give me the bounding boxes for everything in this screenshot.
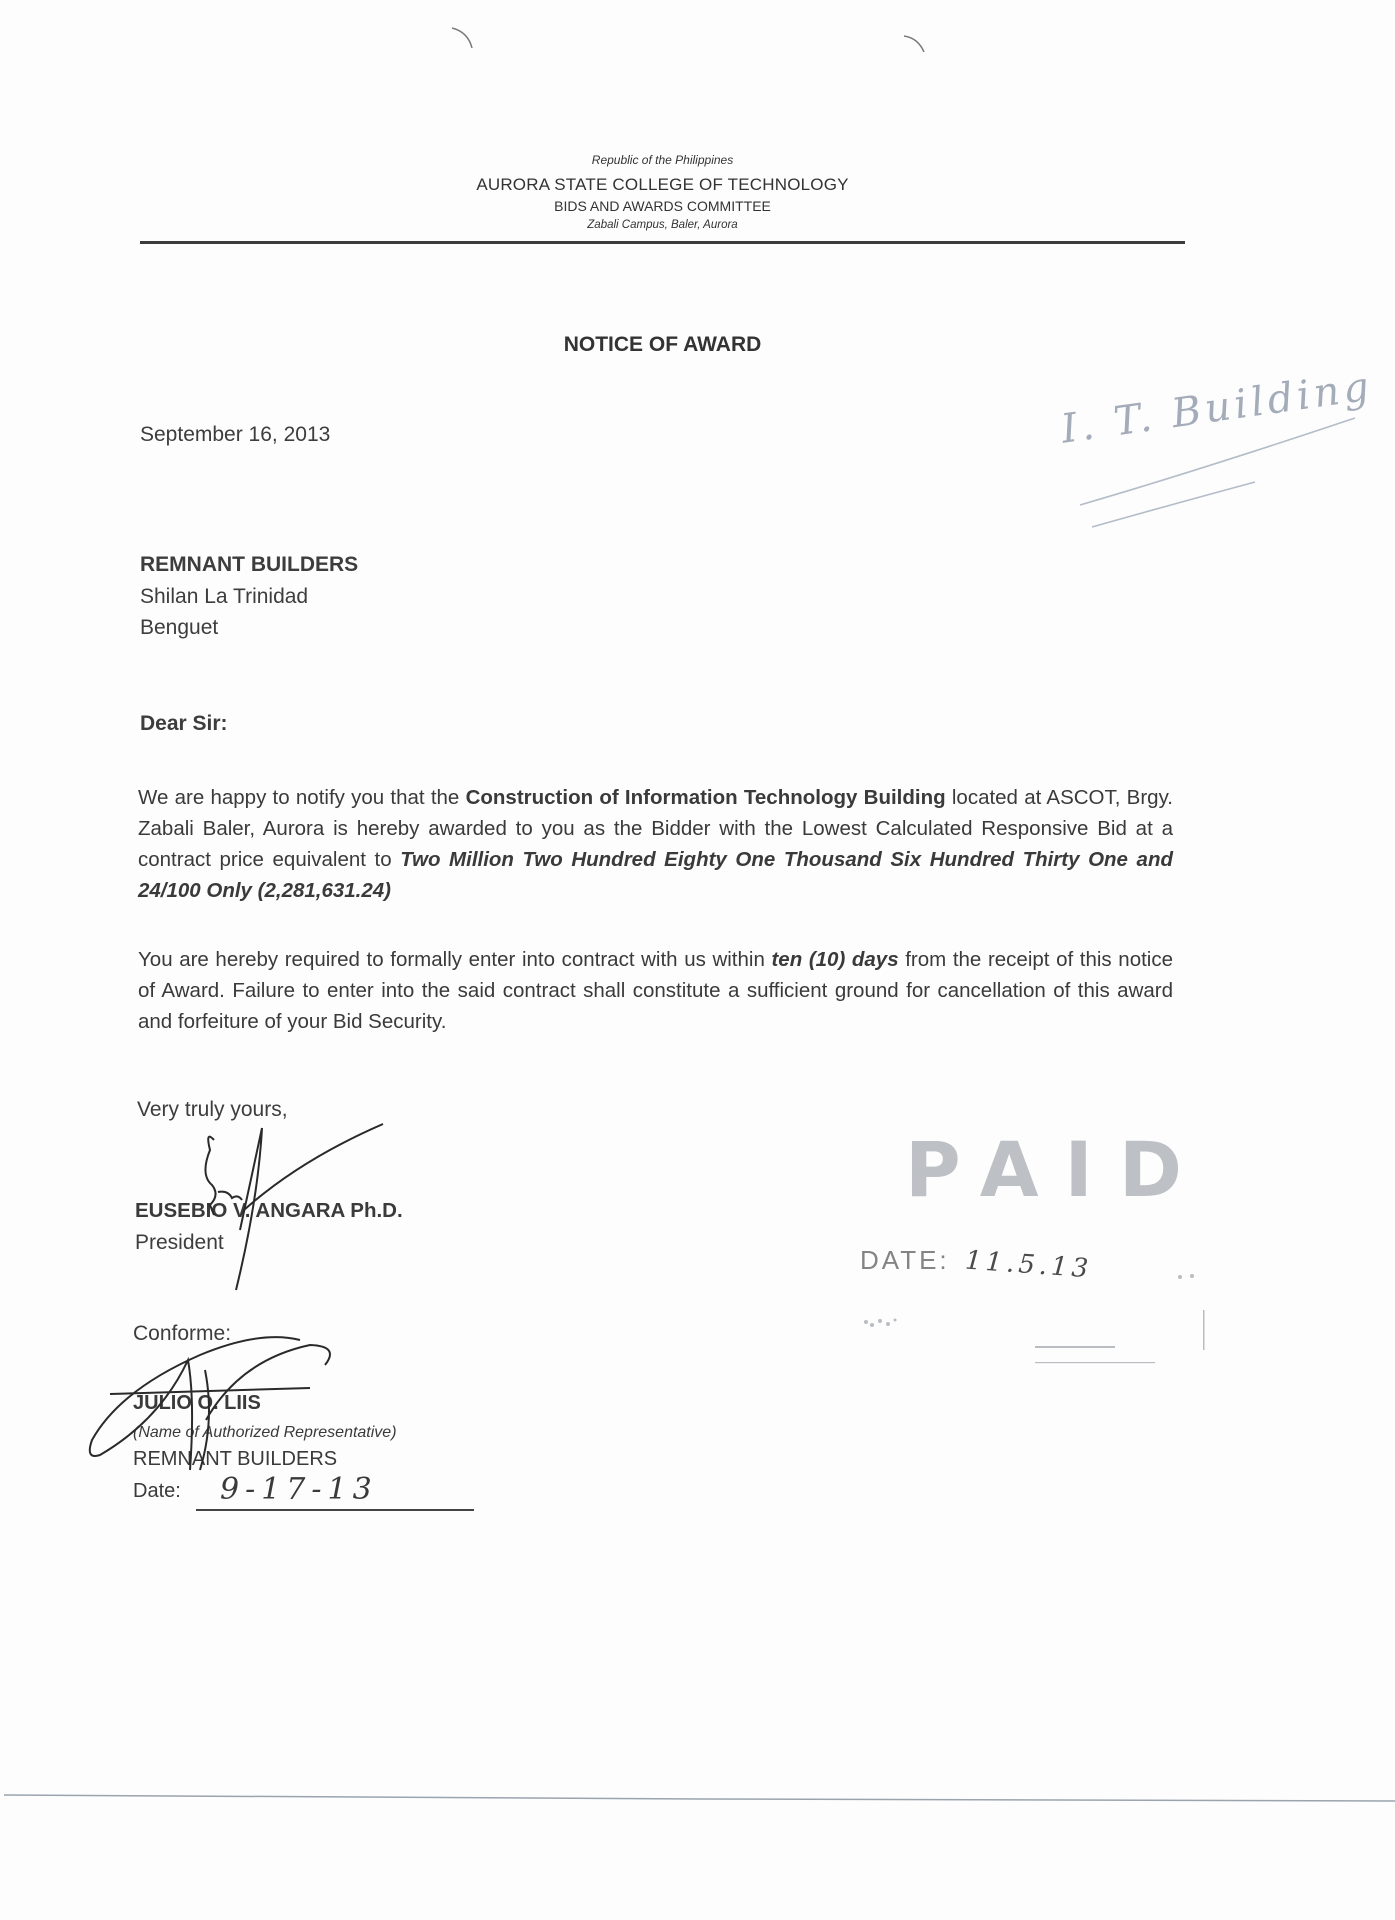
stamp-date-label: DATE:: [860, 1245, 950, 1276]
addressee-name: REMNANT BUILDERS: [140, 553, 358, 577]
letterhead-republic: Republic of the Philippines: [140, 153, 1185, 167]
letterhead-college: AURORA STATE COLLEGE OF TECHNOLOGY: [140, 175, 1185, 195]
letter-date: September 16, 2013: [140, 423, 330, 447]
p2-intro: You are hereby required to formally ente…: [138, 948, 771, 971]
conforme-date-label: Date:: [133, 1480, 181, 1503]
stamp-date-value: 11.5.13: [964, 1246, 1093, 1285]
signatory-title: President: [135, 1231, 224, 1255]
conforme-date-value: 9-17-13: [220, 1472, 378, 1507]
addressee-line1: Shilan La Trinidad: [140, 585, 308, 609]
stamp-residue-icon: [864, 1274, 1205, 1363]
closing: Very truly yours,: [137, 1098, 288, 1122]
representative-company: REMNANT BUILDERS: [133, 1448, 337, 1471]
body-paragraph-requirement: You are hereby required to formally ente…: [138, 944, 1173, 1037]
signatory-name: EUSEBIO V. ANGARA Ph.D.: [135, 1199, 403, 1223]
document-title: NOTICE OF AWARD: [140, 333, 1185, 357]
representative-name: JULIO O. LIIS: [133, 1392, 261, 1415]
handwritten-note: I. T. Building: [1058, 363, 1375, 452]
scan-artifact-icon: [452, 28, 924, 52]
addressee-line2: Benguet: [140, 616, 218, 640]
letterhead-committee: BIDS AND AWARDS COMMITTEE: [140, 198, 1185, 214]
project-name: Construction of Information Technology B…: [466, 786, 946, 809]
paid-stamp: PAID: [905, 1125, 1208, 1214]
conforme-date-line: [196, 1509, 474, 1511]
letterhead-campus: Zabali Campus, Baler, Aurora: [140, 219, 1185, 231]
p1-intro: We are happy to notify you that the: [138, 786, 466, 809]
document-page: Republic of the Philippines AURORA STATE…: [0, 0, 1395, 1920]
salutation: Dear Sir:: [140, 712, 228, 736]
conforme-label: Conforme:: [133, 1322, 231, 1346]
scan-rule-icon: [4, 1795, 1395, 1801]
representative-caption: (Name of Authorized Representative): [133, 1424, 397, 1442]
letterhead-divider: [140, 241, 1185, 244]
body-paragraph-award: We are happy to notify you that the Cons…: [138, 782, 1173, 906]
contract-deadline: ten (10) days: [771, 948, 898, 971]
